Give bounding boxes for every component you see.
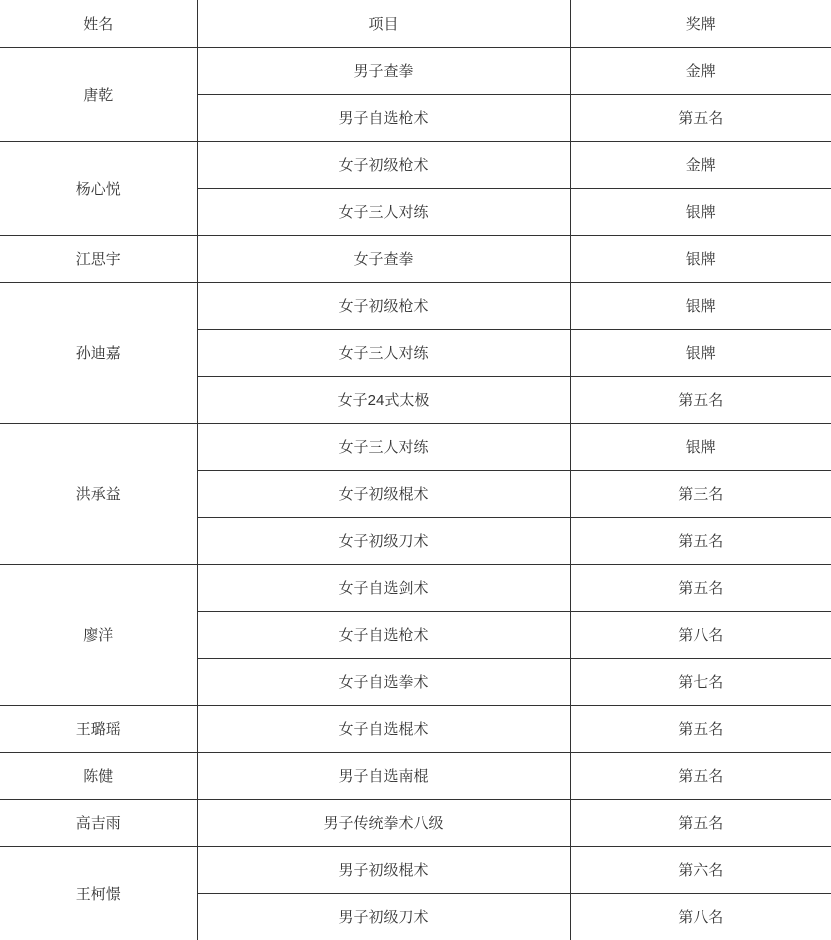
medal-cell: 金牌 [570, 47, 831, 94]
medal-cell: 银牌 [570, 282, 831, 329]
medal-cell: 第五名 [570, 799, 831, 846]
medal-cell: 第六名 [570, 846, 831, 893]
event-cell: 男子传统拳术八级 [197, 799, 570, 846]
table-row: 陈健男子自选南棍第五名 [0, 752, 831, 799]
document-page: 姓名 项目 奖牌 唐乾男子查拳金牌男子自选枪术第五名杨心悦女子初级枪术金牌女子三… [0, 0, 831, 940]
name-cell: 孙迪嘉 [0, 282, 197, 423]
event-cell: 男子自选枪术 [197, 94, 570, 141]
table-row: 杨心悦女子初级枪术金牌 [0, 141, 831, 188]
event-cell: 女子三人对练 [197, 188, 570, 235]
event-cell: 男子查拳 [197, 47, 570, 94]
event-cell: 女子三人对练 [197, 423, 570, 470]
table-row: 孙迪嘉女子初级枪术银牌 [0, 282, 831, 329]
medal-cell: 银牌 [570, 188, 831, 235]
event-cell: 女子三人对练 [197, 329, 570, 376]
medal-cell: 银牌 [570, 235, 831, 282]
event-cell: 女子初级枪术 [197, 282, 570, 329]
table-row: 王璐瑶女子自选棍术第五名 [0, 705, 831, 752]
header-cell-event: 项目 [197, 0, 570, 47]
name-cell: 唐乾 [0, 47, 197, 141]
name-cell: 高吉雨 [0, 799, 197, 846]
event-cell: 男子初级棍术 [197, 846, 570, 893]
medal-cell: 第八名 [570, 611, 831, 658]
medal-cell: 银牌 [570, 423, 831, 470]
event-cell: 女子24式太极 [197, 376, 570, 423]
table-row: 廖洋女子自选剑术第五名 [0, 564, 831, 611]
name-cell: 杨心悦 [0, 141, 197, 235]
event-cell: 女子自选拳术 [197, 658, 570, 705]
name-cell: 廖洋 [0, 564, 197, 705]
medal-cell: 第八名 [570, 893, 831, 940]
name-cell: 陈健 [0, 752, 197, 799]
table-row: 江思宇女子查拳银牌 [0, 235, 831, 282]
event-cell: 男子自选南棍 [197, 752, 570, 799]
medal-cell: 第五名 [570, 94, 831, 141]
table-row: 高吉雨男子传统拳术八级第五名 [0, 799, 831, 846]
medal-cell: 第五名 [570, 376, 831, 423]
medal-cell: 银牌 [570, 329, 831, 376]
event-cell: 女子自选棍术 [197, 705, 570, 752]
header-row: 姓名 项目 奖牌 [0, 0, 831, 47]
table-row: 唐乾男子查拳金牌 [0, 47, 831, 94]
table-body: 唐乾男子查拳金牌男子自选枪术第五名杨心悦女子初级枪术金牌女子三人对练银牌江思宇女… [0, 47, 831, 940]
name-cell: 王柯憬 [0, 846, 197, 940]
medal-cell: 第五名 [570, 705, 831, 752]
table-row: 洪承益女子三人对练银牌 [0, 423, 831, 470]
table-row: 王柯憬男子初级棍术第六名 [0, 846, 831, 893]
event-cell: 女子初级棍术 [197, 470, 570, 517]
name-cell: 王璐瑶 [0, 705, 197, 752]
event-cell: 男子初级刀术 [197, 893, 570, 940]
medal-cell: 第三名 [570, 470, 831, 517]
medal-cell: 第五名 [570, 564, 831, 611]
medal-results-table: 姓名 项目 奖牌 唐乾男子查拳金牌男子自选枪术第五名杨心悦女子初级枪术金牌女子三… [0, 0, 831, 940]
event-cell: 女子初级枪术 [197, 141, 570, 188]
event-cell: 女子自选剑术 [197, 564, 570, 611]
medal-cell: 金牌 [570, 141, 831, 188]
header-cell-name: 姓名 [0, 0, 197, 47]
name-cell: 洪承益 [0, 423, 197, 564]
event-cell: 女子查拳 [197, 235, 570, 282]
header-cell-medal: 奖牌 [570, 0, 831, 47]
medal-cell: 第五名 [570, 752, 831, 799]
medal-cell: 第五名 [570, 517, 831, 564]
name-cell: 江思宇 [0, 235, 197, 282]
medal-cell: 第七名 [570, 658, 831, 705]
event-cell: 女子初级刀术 [197, 517, 570, 564]
event-cell: 女子自选枪术 [197, 611, 570, 658]
